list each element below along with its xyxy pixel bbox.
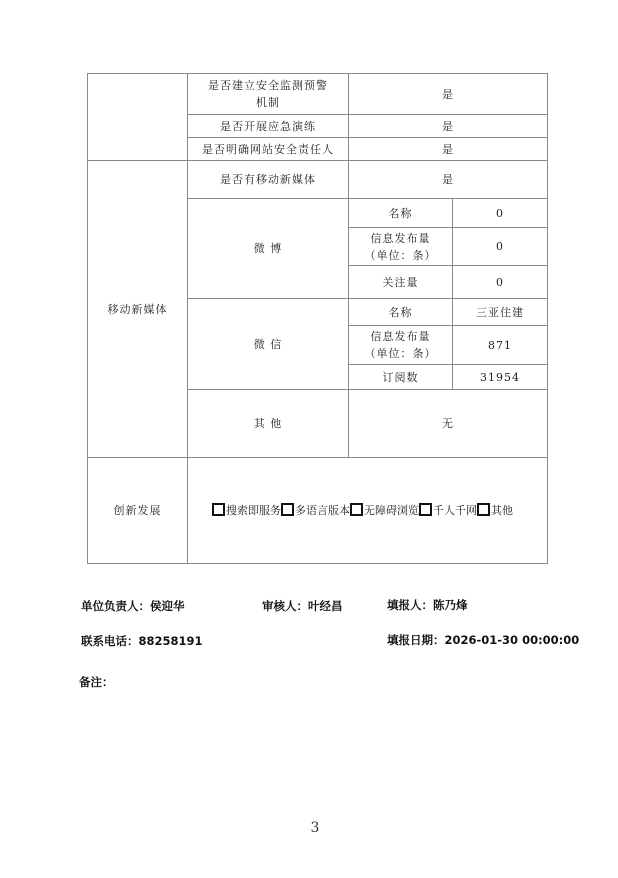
sub-label: 信息发布量（单位：条） <box>349 326 453 365</box>
row-value: 是 <box>349 115 548 138</box>
security-section-cell <box>88 74 188 161</box>
weibo-label: 微 博 <box>188 199 349 299</box>
row-label: 是否明确网站安全责任人 <box>188 138 349 161</box>
reviewer: 审核人：叶经昌 <box>262 598 343 614</box>
row-value: 是 <box>349 74 548 115</box>
table-row: 是否建立安全监测预警机制 是 <box>88 74 548 115</box>
table-row: 移动新媒体 是否有移动新媒体 是 <box>88 161 548 199</box>
innovation-option[interactable]: 多语言版本 <box>281 504 350 517</box>
innovation-options: 搜索即服务多语言版本无障碍浏览千人千网其他 <box>188 458 548 564</box>
sub-value: 871 <box>453 326 548 365</box>
sub-label: 订阅数 <box>349 365 453 390</box>
sub-value: 三亚住建 <box>453 299 548 326</box>
row-label: 是否建立安全监测预警机制 <box>188 74 349 115</box>
innovation-option[interactable]: 无障碍浏览 <box>350 504 419 517</box>
row-value: 是 <box>349 138 548 161</box>
other-label: 其 他 <box>188 390 349 458</box>
innovation-option[interactable]: 搜索即服务 <box>212 504 281 517</box>
checkbox-icon[interactable] <box>212 503 225 516</box>
checkbox-icon[interactable] <box>350 503 363 516</box>
website-report-table: 是否建立安全监测预警机制 是 是否开展应急演练 是 是否明确网站安全责任人 是 … <box>87 73 548 564</box>
sub-value: 0 <box>453 199 548 228</box>
innovation-section-label: 创新发展 <box>88 458 188 564</box>
checkbox-icon[interactable] <box>477 503 490 516</box>
sub-value: 0 <box>453 228 548 266</box>
innovation-option[interactable]: 千人千网 <box>419 504 477 517</box>
fill-date: 填报日期：2026-01-30 00:00:00 <box>387 632 579 648</box>
sub-value: 0 <box>453 266 548 299</box>
checkbox-icon[interactable] <box>281 503 294 516</box>
document-page: 是否建立安全监测预警机制 是 是否开展应急演练 是 是否明确网站安全责任人 是 … <box>0 0 618 878</box>
weixin-label: 微 信 <box>188 299 349 390</box>
page-number: 3 <box>0 820 618 836</box>
table-row: 创新发展 搜索即服务多语言版本无障碍浏览千人千网其他 <box>88 458 548 564</box>
checkbox-icon[interactable] <box>419 503 432 516</box>
row-label: 是否开展应急演练 <box>188 115 349 138</box>
contact-phone: 联系电话：88258191 <box>81 633 203 649</box>
sub-value: 31954 <box>453 365 548 390</box>
sub-label: 关注量 <box>349 266 453 299</box>
unit-head: 单位负责人：侯迎华 <box>81 598 185 614</box>
mobile-media-section-label: 移动新媒体 <box>88 161 188 458</box>
row-value: 是 <box>349 161 548 199</box>
filler: 填报人：陈乃烽 <box>387 597 468 613</box>
sub-label: 名称 <box>349 199 453 228</box>
sub-label: 信息发布量（单位：条） <box>349 228 453 266</box>
remarks: 备注： <box>79 674 114 690</box>
sub-label: 名称 <box>349 299 453 326</box>
innovation-option[interactable]: 其他 <box>477 504 513 517</box>
other-value: 无 <box>349 390 548 458</box>
row-label: 是否有移动新媒体 <box>188 161 349 199</box>
